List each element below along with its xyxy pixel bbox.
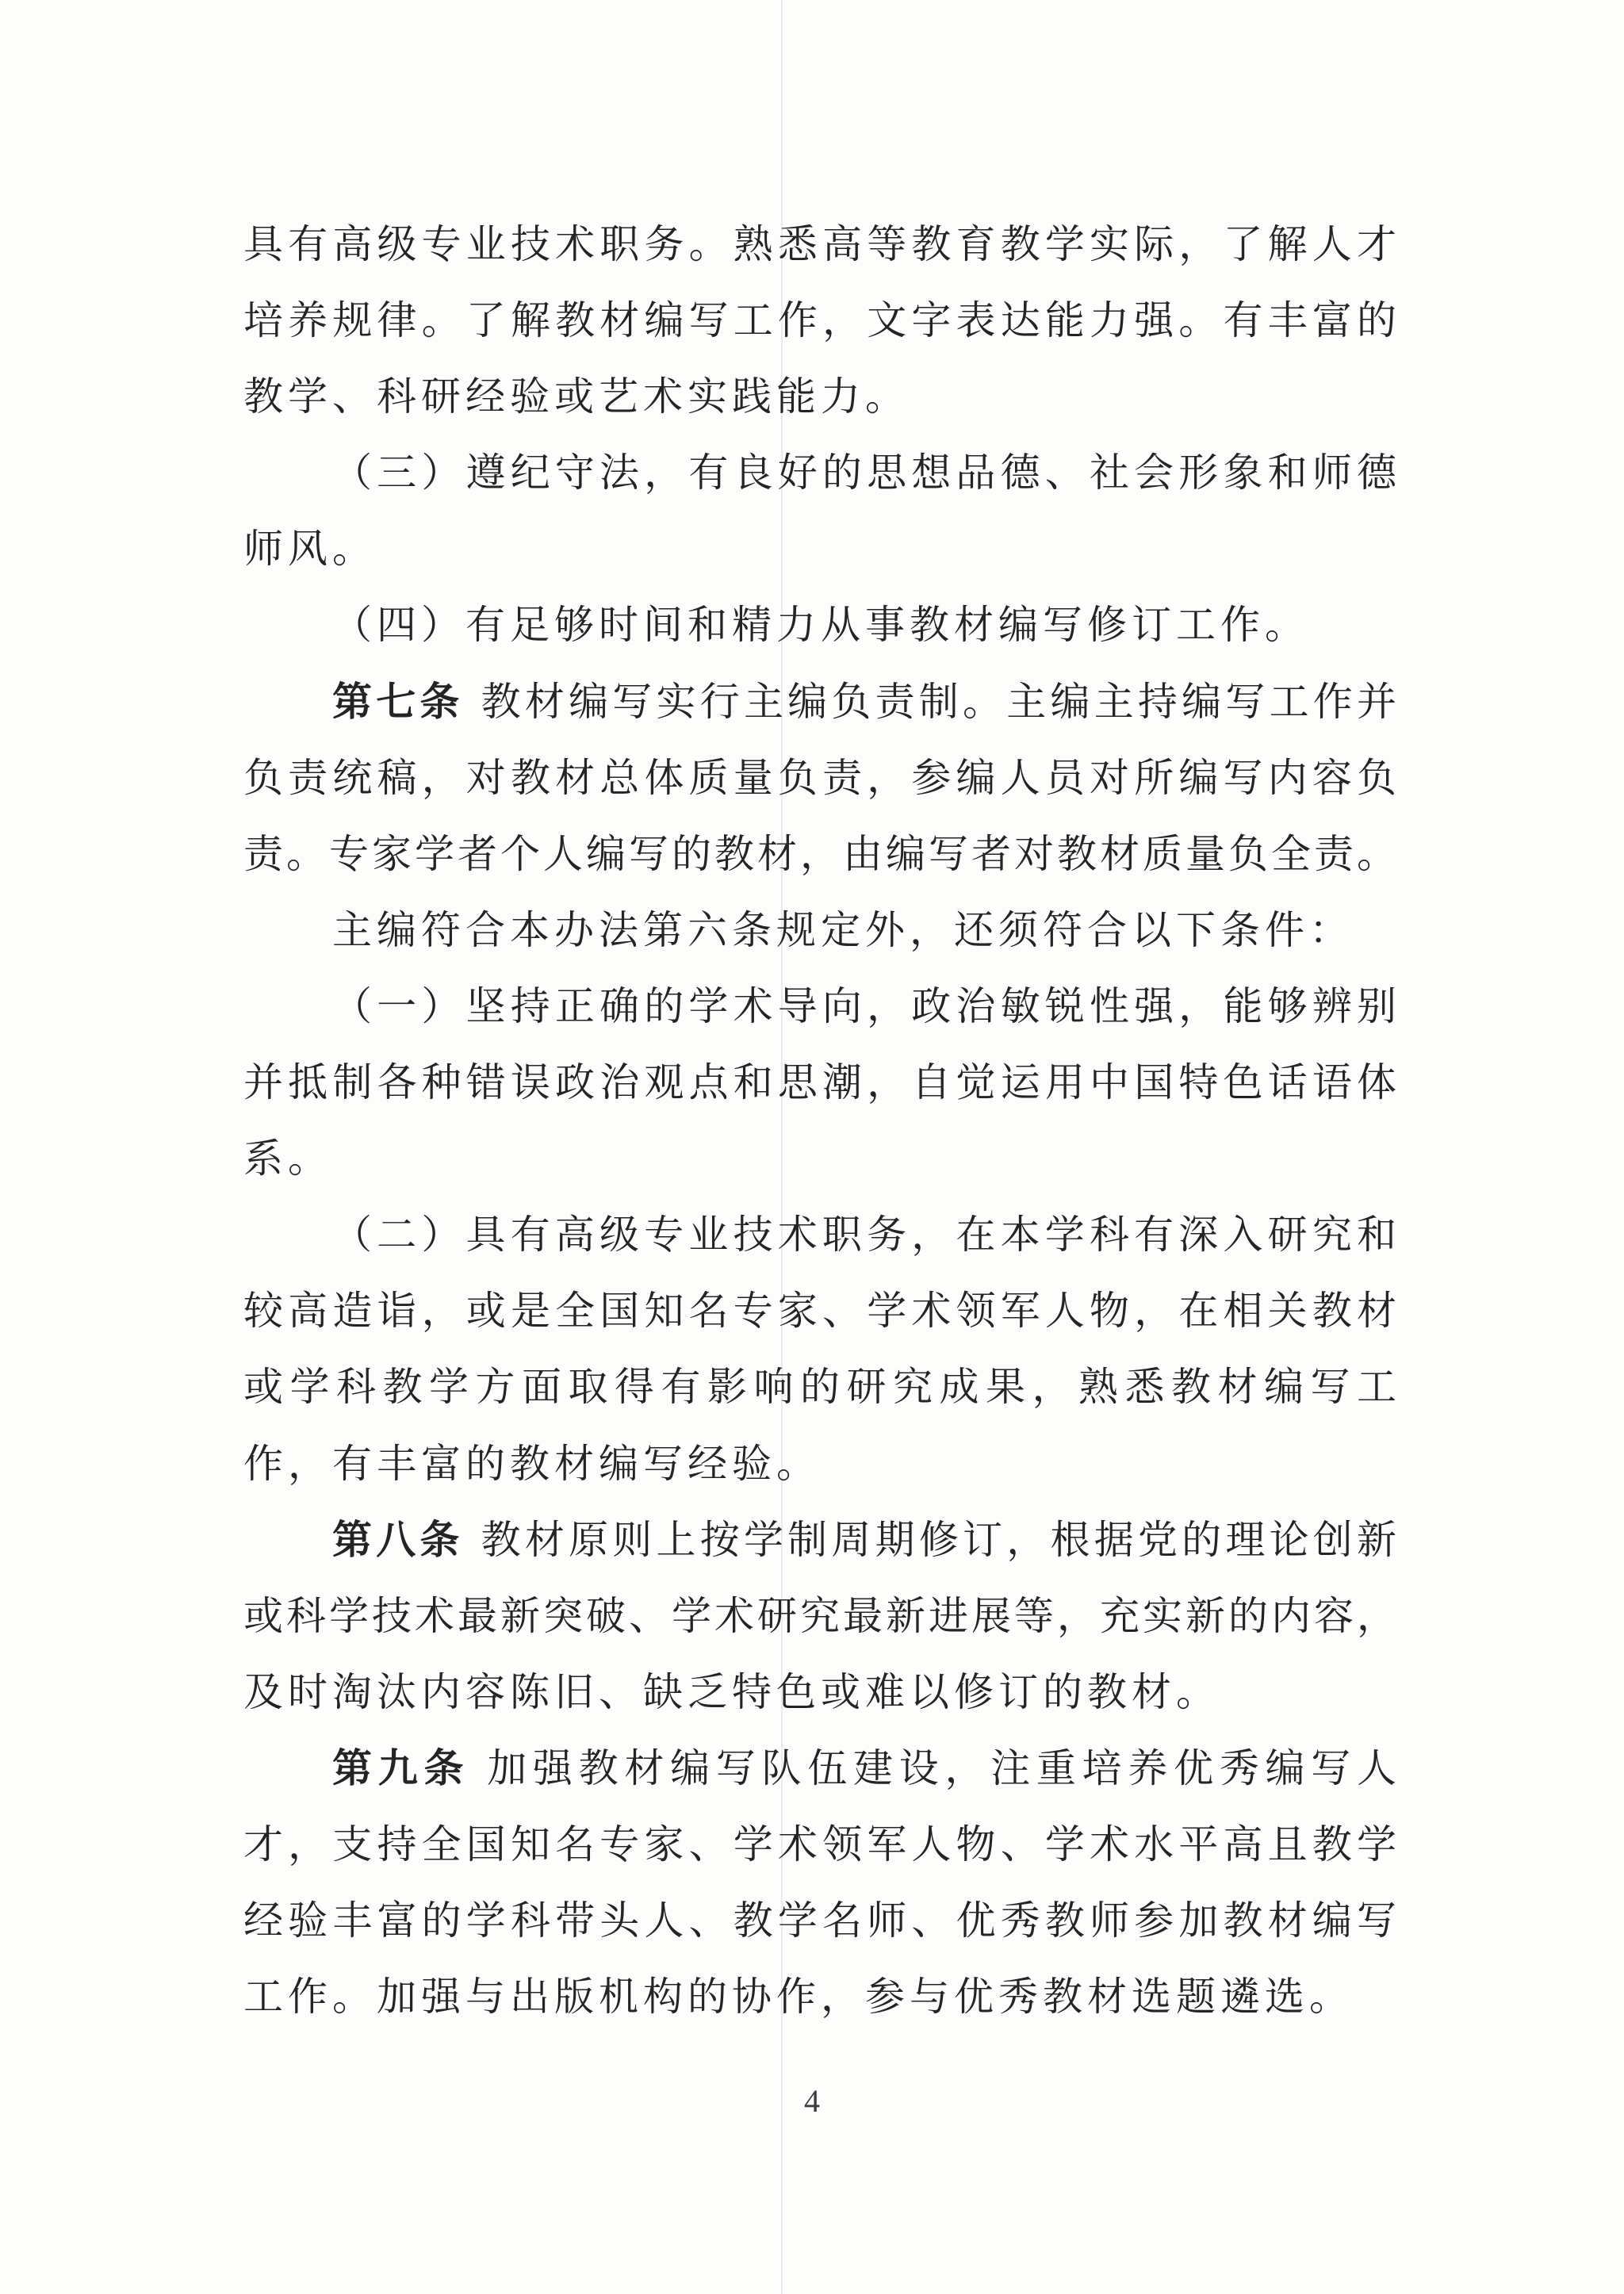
text-line: 或科学技术最新突破、学术研究最新进展等，充实新的内容， [243,1578,1398,1654]
text-line: 第八条教材原则上按学制周期修订，根据党的理论创新 [243,1502,1398,1578]
text-line: 系。 [243,1120,1398,1197]
text-line: 负责统稿，对教材总体质量负责，参编人员对所编写内容负 [243,740,1398,816]
text-line: 第七条教材编写实行主编负责制。主编主持编写工作并 [243,664,1398,740]
document-page: 具有高级专业技术职务。熟悉高等教育教学实际，了解人才培养规律。了解教材编写工作，… [0,0,1624,2294]
text-line: 较高造诣，或是全国知名专家、学术领军人物，在相关教材 [243,1273,1398,1349]
text-line: 作，有丰富的教材编写经验。 [243,1426,1398,1502]
text-line: 经验丰富的学科带头人、教学名师、优秀教师参加教材编写 [243,1882,1398,1959]
text-line: 第九条加强教材编写队伍建设，注重培养优秀编写人 [243,1730,1398,1806]
document-body: 具有高级专业技术职务。熟悉高等教育教学实际，了解人才培养规律。了解教材编写工作，… [243,206,1398,2035]
text-line: 师风。 [243,511,1398,587]
article-number: 第七条 [332,680,464,724]
text-line: 教学、科研经验或艺术实践能力。 [243,358,1398,435]
text-line: （三）遵纪守法，有良好的思想品德、社会形象和师德 [243,435,1398,511]
text-line: 主编符合本办法第六条规定外，还须符合以下条件： [243,892,1398,968]
text-line: 具有高级专业技术职务。熟悉高等教育教学实际，了解人才 [243,206,1398,282]
text-line: （二）具有高级专业技术职务，在本学科有深入研究和 [243,1197,1398,1273]
text-line: 及时淘汰内容陈旧、缺乏特色或难以修订的教材。 [243,1654,1398,1730]
text-line: 培养规律。了解教材编写工作，文字表达能力强。有丰富的 [243,282,1398,358]
text-line: 工作。加强与出版机构的协作，参与优秀教材选题遴选。 [243,1959,1398,2035]
article-number: 第八条 [332,1518,464,1562]
text-line: （四）有足够时间和精力从事教材编写修订工作。 [243,587,1398,663]
page-number: 4 [0,2082,1624,2120]
text-line: 才，支持全国知名专家、学术领军人物、学术水平高且教学 [243,1806,1398,1882]
article-number: 第九条 [332,1746,469,1790]
text-line: 或学科教学方面取得有影响的研究成果，熟悉教材编写工 [243,1349,1398,1425]
text-line: （一）坚持正确的学术导向，政治敏锐性强，能够辨别 [243,968,1398,1044]
text-line: 并抵制各种错误政治观点和思潮，自觉运用中国特色话语体 [243,1044,1398,1120]
text-line: 责。专家学者个人编写的教材，由编写者对教材质量负全责。 [243,816,1398,892]
